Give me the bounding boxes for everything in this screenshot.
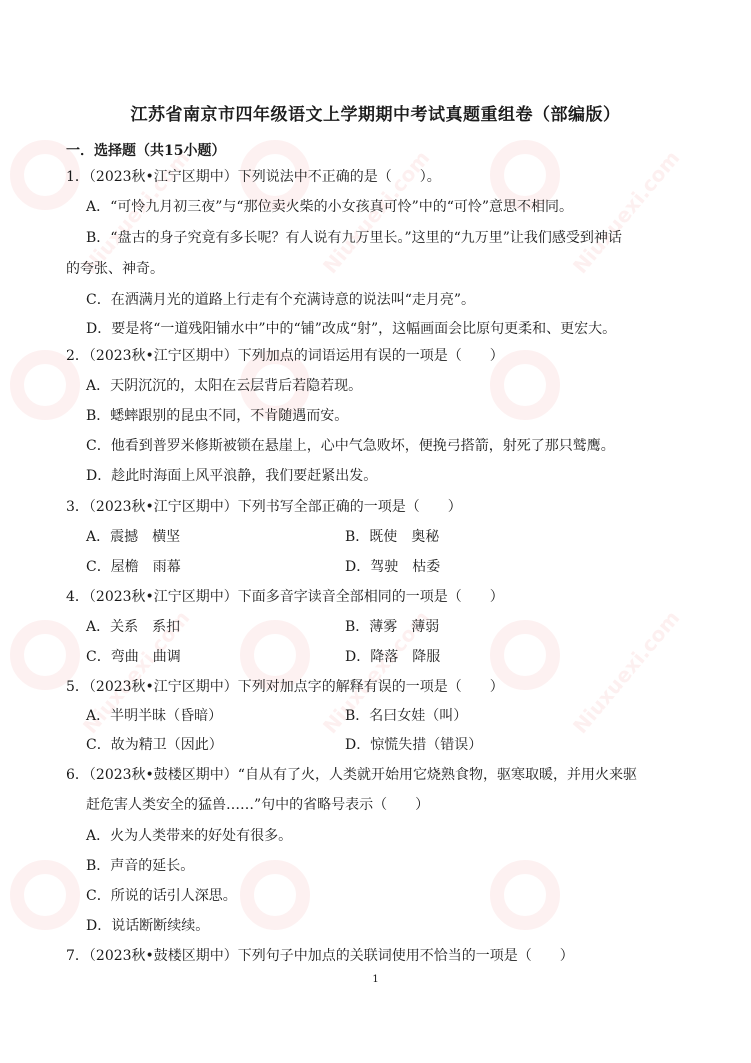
question-5-option-c: C．故为精卫（因此） bbox=[86, 735, 223, 755]
question-1-option-b: B．“盘古的身子究竟有多长呢？有人说有九万里长。”这里的“九万里”让我们感受到神… bbox=[86, 228, 622, 248]
question-5-option-d: D．惊慌失措（错误） bbox=[345, 735, 482, 755]
section-heading: 一．选择题（共15小题） bbox=[66, 140, 225, 160]
page-number: 1 bbox=[0, 974, 751, 985]
question-2-option-b: B．蟋蟀跟别的昆虫不同，不肯随遇而安。 bbox=[86, 406, 348, 426]
question-3-stem: 3．（2023秋•江宁区期中）下列书写全部正确的一项是（ ） bbox=[66, 497, 462, 517]
question-5-stem: 5．（2023秋•江宁区期中）下列对加点字的解释有误的一项是（ ） bbox=[66, 677, 504, 697]
exam-page: 江苏省南京市四年级语文上学期期中考试真题重组卷（部编版） 一．选择题（共15小题… bbox=[0, 0, 751, 1063]
question-1-option-c: C．在洒满月光的道路上行走有个充满诗意的说法叫“走月亮”。 bbox=[86, 290, 475, 310]
question-3-option-d: D．驾驶 枯委 bbox=[345, 557, 440, 577]
question-5-option-a: A．半明半昧（昏暗） bbox=[86, 706, 222, 726]
question-4-option-b: B．薄雾 薄弱 bbox=[345, 617, 439, 637]
question-5-option-b: B．名曰女娃（叫） bbox=[345, 706, 467, 726]
question-3-option-c: C．屋檐 雨幕 bbox=[86, 557, 181, 577]
question-2-stem: 2．（2023秋•江宁区期中）下列加点的词语运用有误的一项是（ ） bbox=[66, 346, 504, 366]
question-6-option-c: C．所说的话引人深思。 bbox=[86, 886, 237, 906]
question-6-option-b: B．声音的延长。 bbox=[86, 856, 194, 876]
question-4-option-d: D．降落 降服 bbox=[345, 647, 440, 667]
question-6-stem-cont: 赶危害人类安全的猛兽……”句中的省略号表示（ ） bbox=[86, 795, 429, 815]
question-3-option-a: A．震撼 横坚 bbox=[86, 527, 180, 547]
question-2-option-d: D．趁此时海面上风平浪静，我们要赶紧出发。 bbox=[86, 466, 377, 486]
question-4-option-a: A．关系 系扣 bbox=[86, 617, 180, 637]
question-6-stem: 6．（2023秋•鼓楼区期中）“自从有了火，人类就开始用它烧熟食物，驱寒取暖，并… bbox=[66, 765, 637, 785]
question-6-option-a: A．火为人类带来的好处有很多。 bbox=[86, 826, 292, 846]
question-1-option-b-cont: 的夸张、神奇。 bbox=[66, 259, 164, 279]
question-1-option-d: D．要是将“一道残阳铺水中”中的“铺”改成“射”，这幅画面会比原句更柔和、更宏大… bbox=[86, 319, 616, 339]
question-3-option-b: B．既使 奥秘 bbox=[345, 527, 439, 547]
question-1-option-a: A．“可怜九月初三夜”与“那位卖火柴的小女孩真可怜”中的“可怜”意思不相同。 bbox=[86, 197, 573, 217]
question-1-stem: 1．（2023秋•江宁区期中）下列说法中不正确的是（ ）。 bbox=[66, 167, 441, 187]
question-2-option-c: C．他看到普罗米修斯被锁在悬崖上，心中气急败坏，便挽弓搭箭，射死了那只鹫鹰。 bbox=[86, 436, 615, 456]
question-2-option-a: A．天阴沉沉的，太阳在云层背后若隐若现。 bbox=[86, 376, 362, 396]
question-6-option-d: D．说话断断续续。 bbox=[86, 916, 209, 936]
question-4-stem: 4．（2023秋•江宁区期中）下面多音字读音全部相同的一项是（ ） bbox=[66, 587, 504, 607]
page-title: 江苏省南京市四年级语文上学期期中考试真题重组卷（部编版） bbox=[0, 100, 751, 125]
question-7-stem: 7．（2023秋•鼓楼区期中）下列句子中加点的关联词使用不恰当的一项是（ ） bbox=[66, 946, 574, 966]
question-4-option-c: C．弯曲 曲调 bbox=[86, 647, 181, 667]
